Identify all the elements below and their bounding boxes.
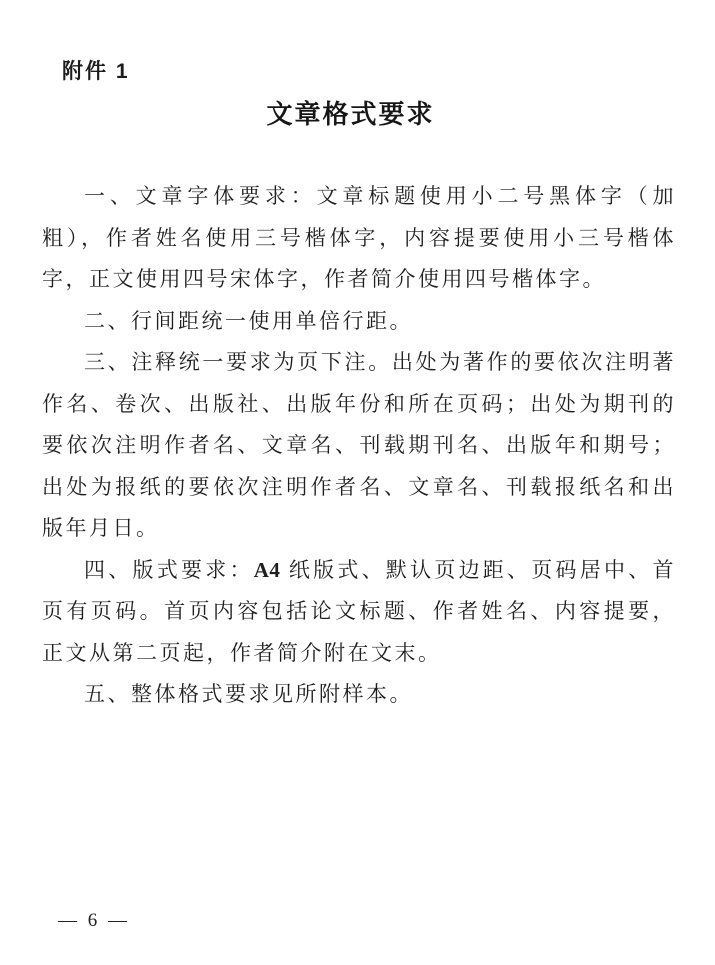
paragraph-footnote-rules: 三、注释统一要求为页下注。出处为著作的要依次注明著作名、卷次、出版社、出版年份和… xyxy=(42,342,676,550)
paragraph-overall-format: 五、整体格式要求见所附样本。 xyxy=(42,674,676,716)
page-number: — 6 — xyxy=(58,910,130,932)
document-title: 文章格式要求 xyxy=(0,94,701,131)
paragraph-layout-requirements: 四、版式要求：A4 纸版式、默认页边距、页码居中、首页有页码。首页内容包括论文标… xyxy=(42,550,676,675)
paragraph-line-spacing: 二、行间距统一使用单倍行距。 xyxy=(42,301,676,343)
attachment-label: 附件 1 xyxy=(62,55,130,85)
document-page: 附件 1 文章格式要求 一、文章字体要求：文章标题使用小二号黑体字（加粗），作者… xyxy=(0,0,715,965)
paragraph-font-requirements: 一、文章字体要求：文章标题使用小二号黑体字（加粗），作者姓名使用三号楷体字，内容… xyxy=(42,176,676,301)
document-body: 一、文章字体要求：文章标题使用小二号黑体字（加粗），作者姓名使用三号楷体字，内容… xyxy=(42,176,676,716)
